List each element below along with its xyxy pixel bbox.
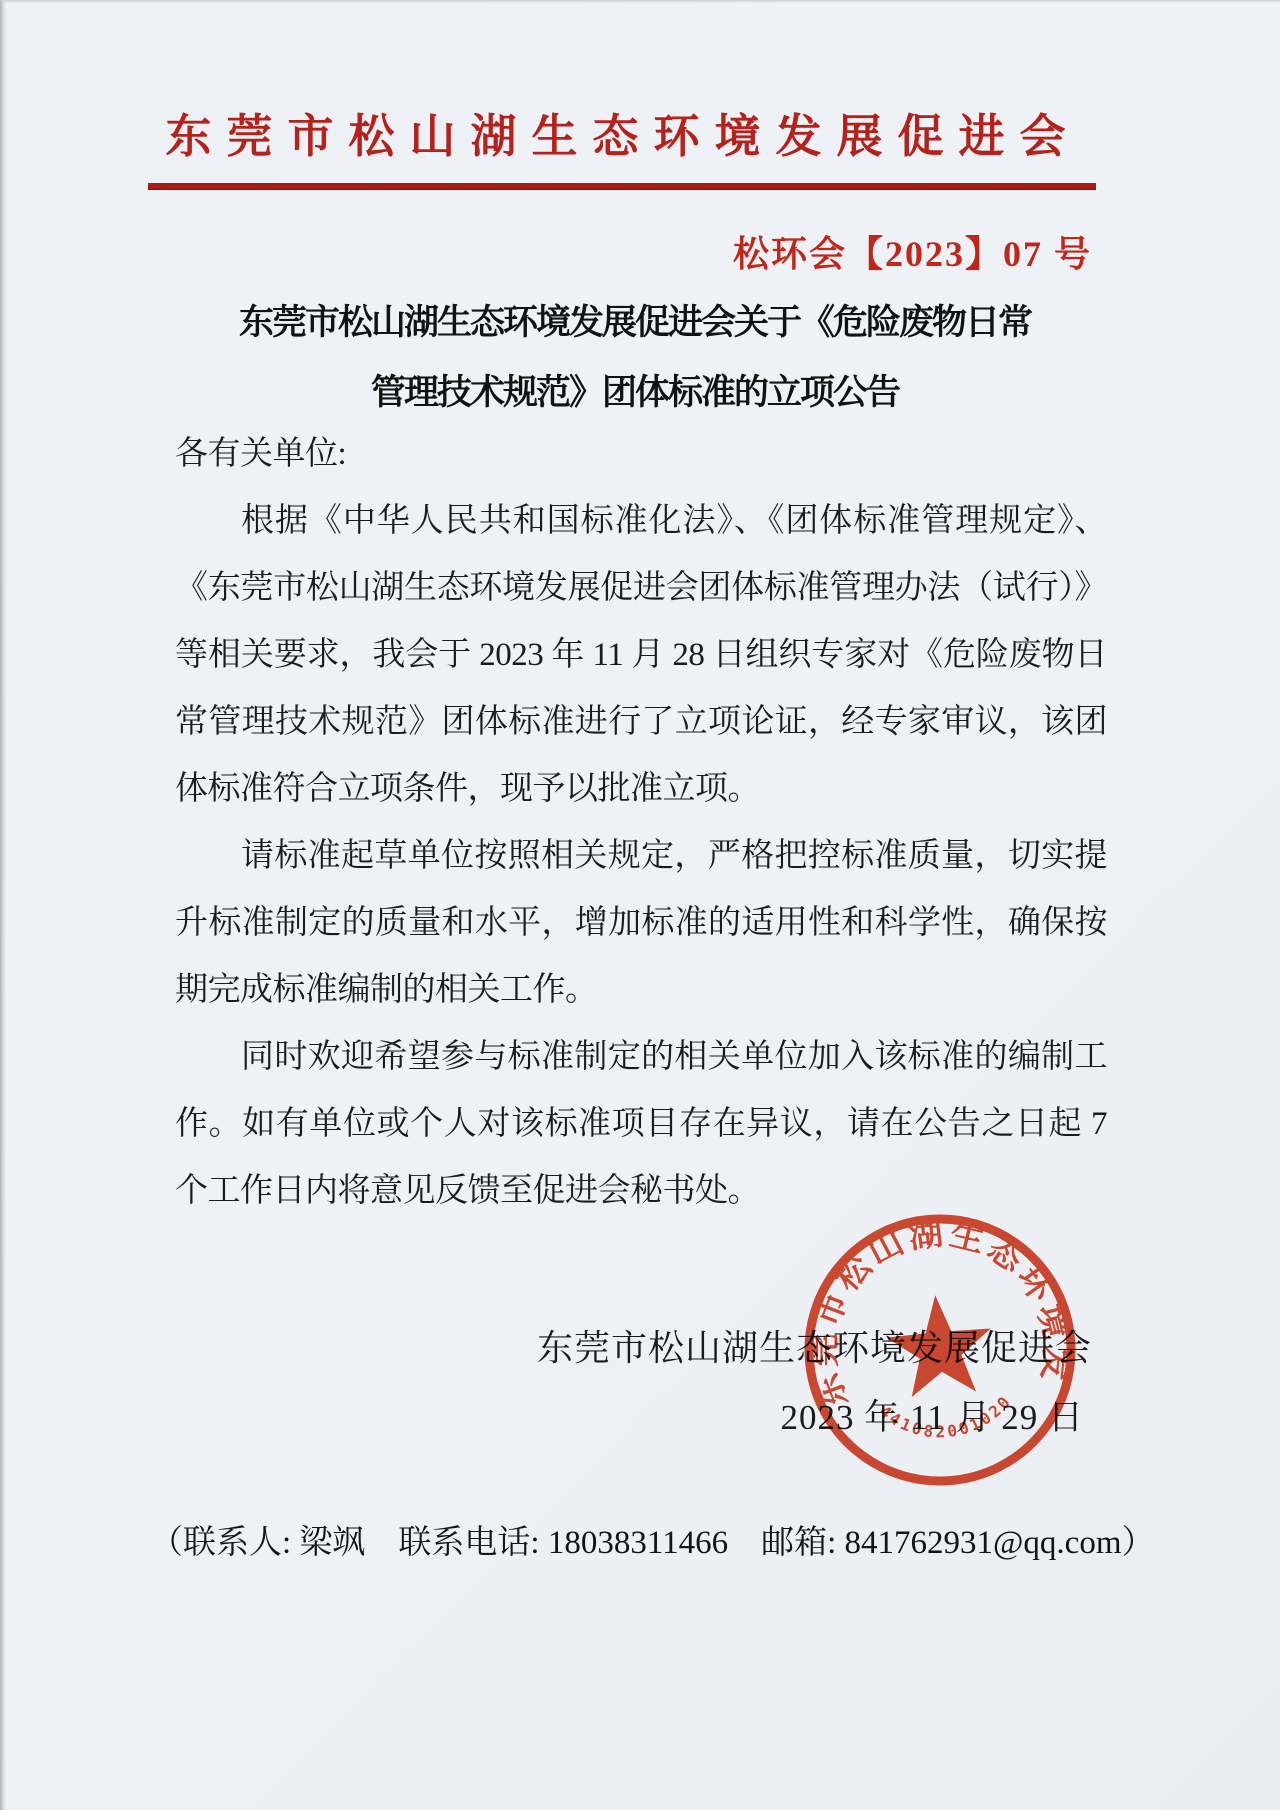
letterhead-org-name: 东莞市松山湖生态环境发展促进会 [148, 100, 1098, 166]
seal-star-icon [883, 1291, 996, 1399]
scan-top-artifact [0, 0, 1280, 3]
document-title-line1: 东莞市松山湖生态环境发展促进会关于《危险废物日常 [150, 288, 1120, 358]
body-paragraph-3: 同时欢迎希望参与标准制定的相关单位加入该标准的编制工作。如有单位或个人对该标准项… [175, 1024, 1107, 1225]
contact-info-line: （联系人: 梁飒 联系电话: 18038311466 邮箱: 841762931… [150, 1516, 1130, 1563]
official-seal-stamp: 东莞市松山湖生态环境发展促进会 4410820010202 [777, 1187, 1102, 1512]
document-number: 松环会【2023】07 号 [733, 226, 1092, 277]
document-title-line2: 管理技术规范》团体标准的立项公告 [150, 358, 1120, 428]
body-paragraph-1: 根据《中华人民共和国标准化法》、《团体标准管理规定》、《东莞市松山湖生态环境发展… [175, 488, 1107, 823]
scan-edge-artifact [0, 0, 6, 1810]
salutation: 各有关单位: [175, 421, 1107, 488]
letterhead-divider-rule [148, 183, 1096, 190]
document-title: 东莞市松山湖生态环境发展促进会关于《危险废物日常 管理技术规范》团体标准的立项公… [150, 288, 1120, 428]
body-paragraph-2: 请标准起草单位按照相关规定，严格把控标准质量，切实提升标准制定的质量和水平，增加… [175, 823, 1107, 1024]
document-body: 各有关单位: 根据《中华人民共和国标准化法》、《团体标准管理规定》、《东莞市松山… [175, 421, 1107, 1225]
seal-arc-title: 东莞市松山湖生态环境发展促进会 [777, 1187, 1080, 1417]
